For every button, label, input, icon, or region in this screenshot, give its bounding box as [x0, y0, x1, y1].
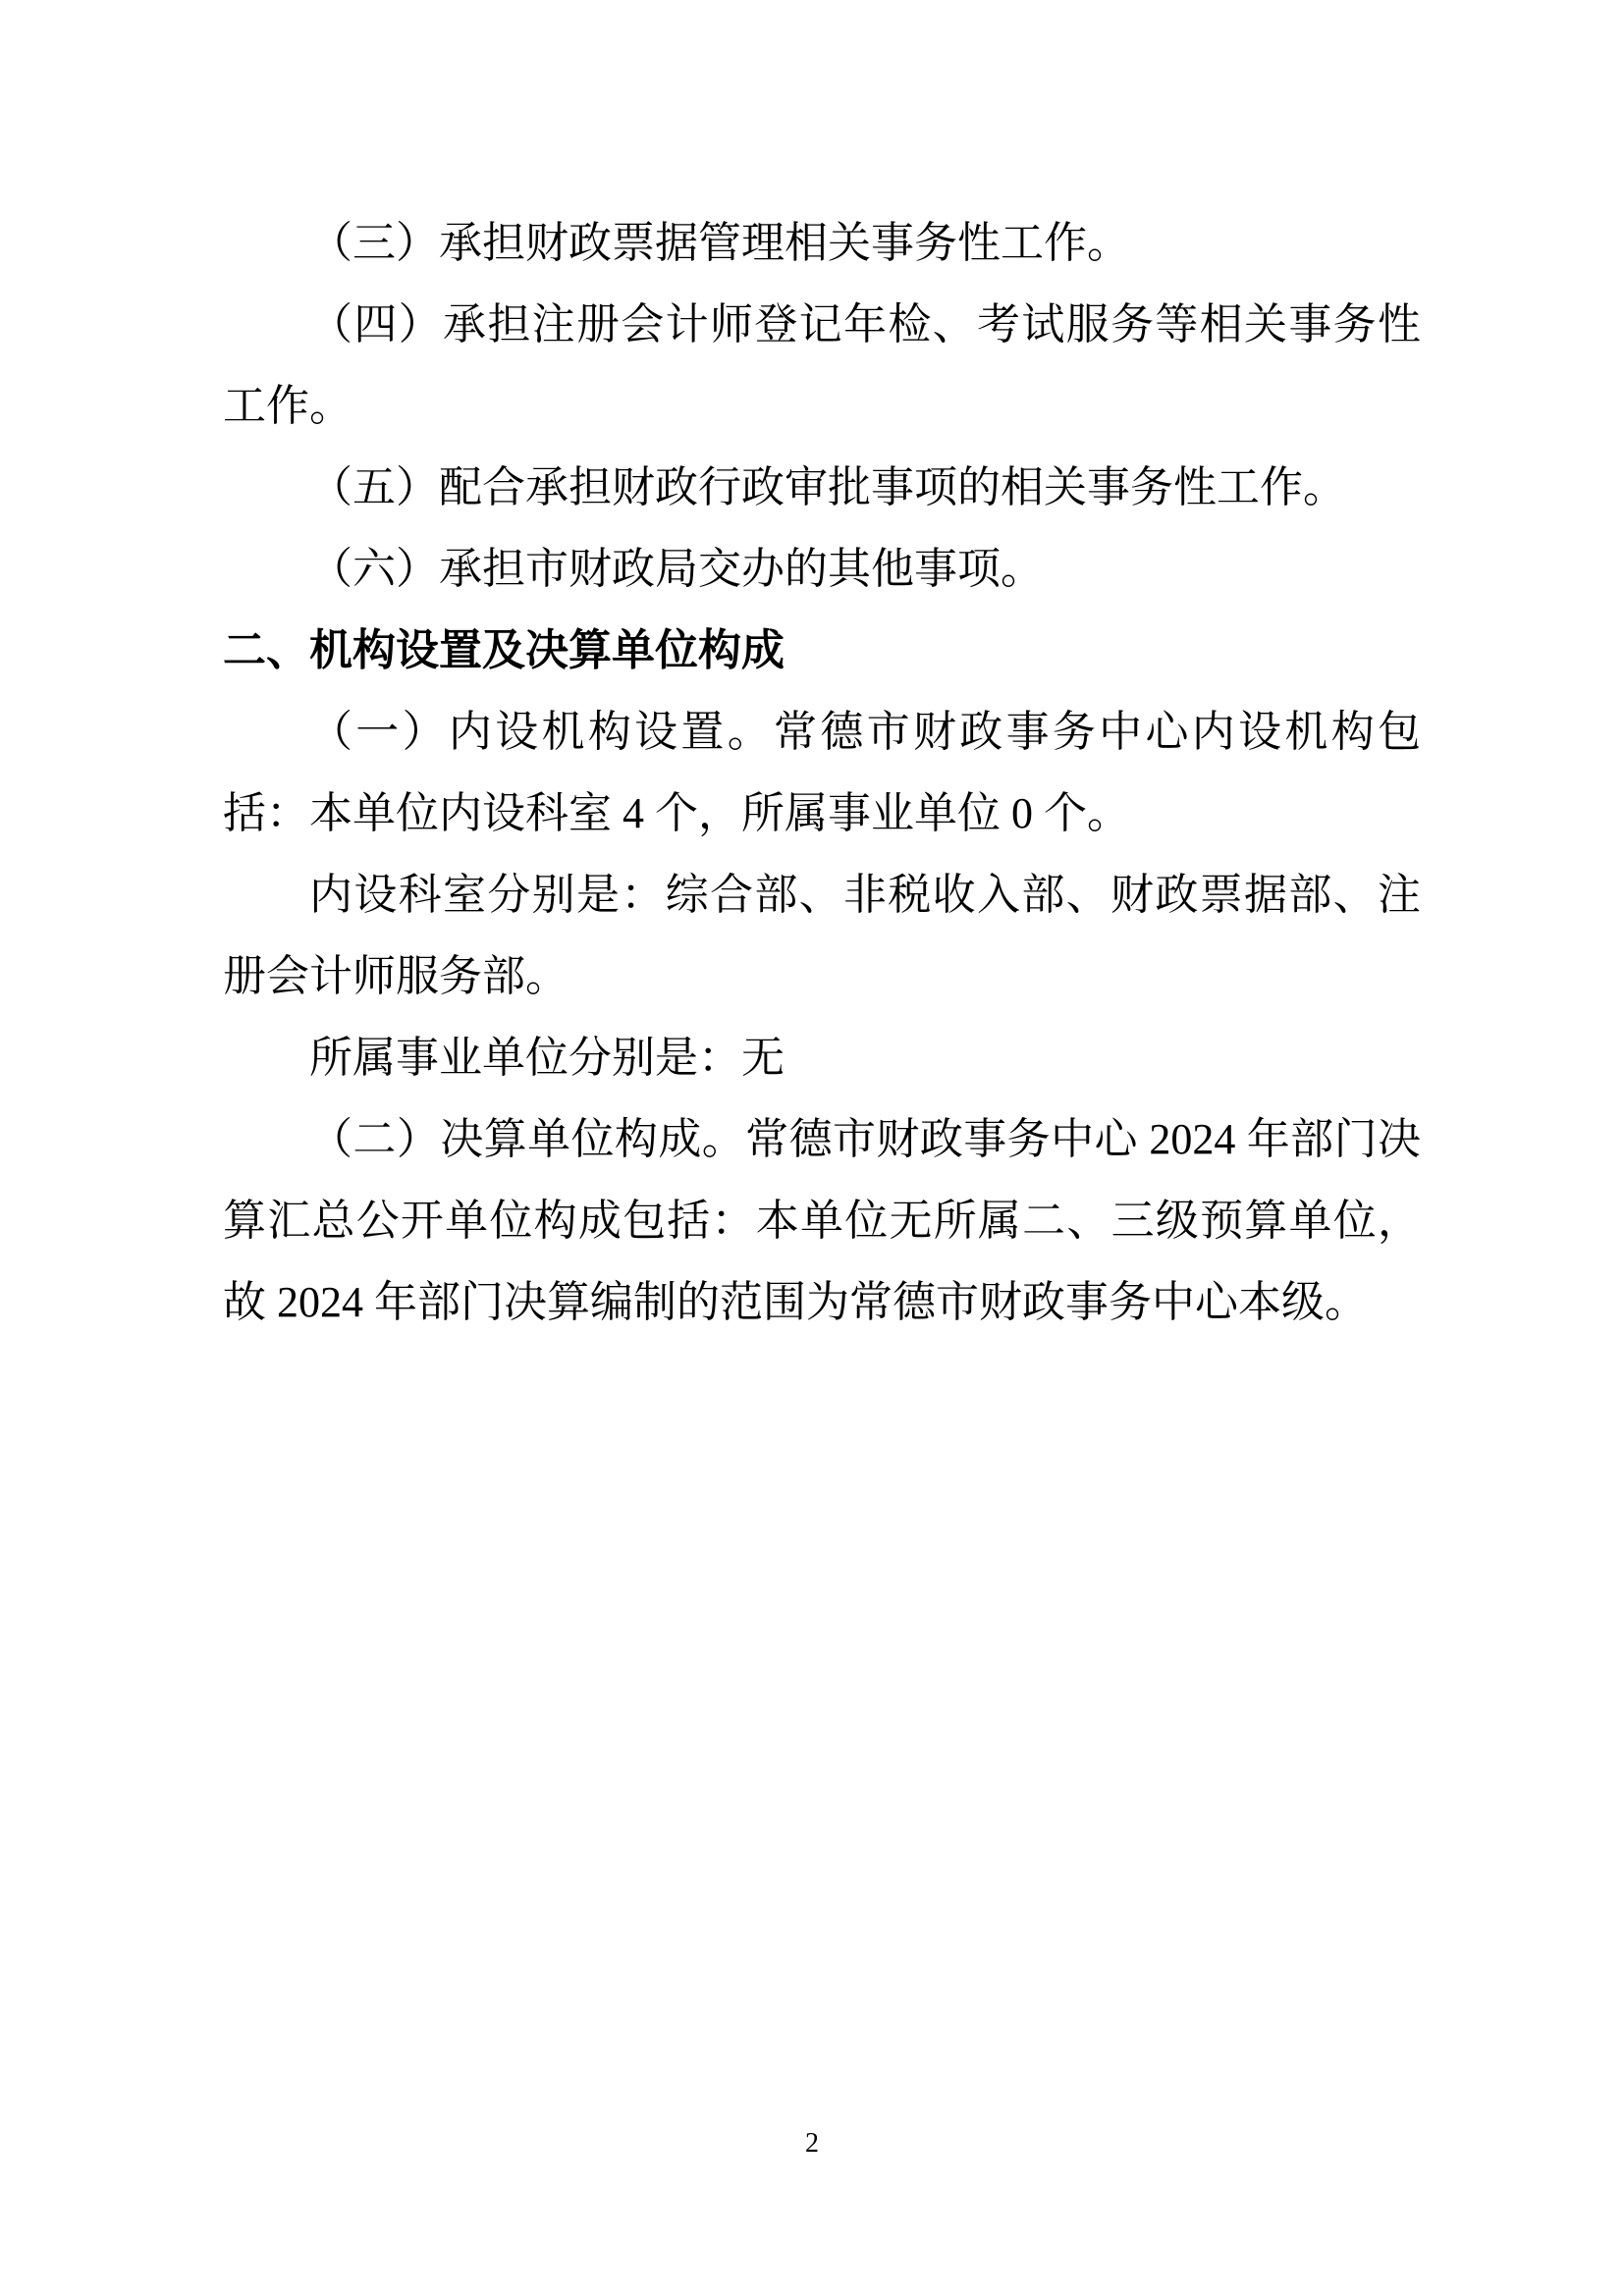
paragraph-subordinate-units: 所属事业单位分别是：无: [223, 1017, 1421, 1098]
paragraph-duty-5: （五）配合承担财政行政审批事项的相关事务性工作。: [223, 447, 1421, 528]
paragraph-duty-6: （六）承担市财政局交办的其他事项。: [223, 528, 1421, 610]
paragraph-internal-org: （一）内设机构设置。常德市财政事务中心内设机构包括：本单位内设科室 4 个，所属…: [223, 691, 1421, 854]
paragraph-internal-departments: 内设科室分别是：综合部、非税收入部、财政票据部、注册会计师服务部。: [223, 854, 1421, 1017]
paragraph-duty-3: （三）承担财政票据管理相关事务性工作。: [223, 202, 1421, 284]
paragraph-final-accounts-composition: （二）决算单位构成。常德市财政事务中心 2024 年部门决算汇总公开单位构成包括…: [223, 1098, 1421, 1343]
section-heading-org-setup: 二、机构设置及决算单位构成: [223, 610, 1421, 691]
paragraph-duty-4: （四）承担注册会计师登记年检、考试服务等相关事务性工作。: [223, 284, 1421, 447]
document-body: （三）承担财政票据管理相关事务性工作。 （四）承担注册会计师登记年检、考试服务等…: [223, 202, 1421, 1343]
document-page: （三）承担财政票据管理相关事务性工作。 （四）承担注册会计师登记年检、考试服务等…: [0, 0, 1624, 2296]
page-number: 2: [0, 2128, 1624, 2160]
